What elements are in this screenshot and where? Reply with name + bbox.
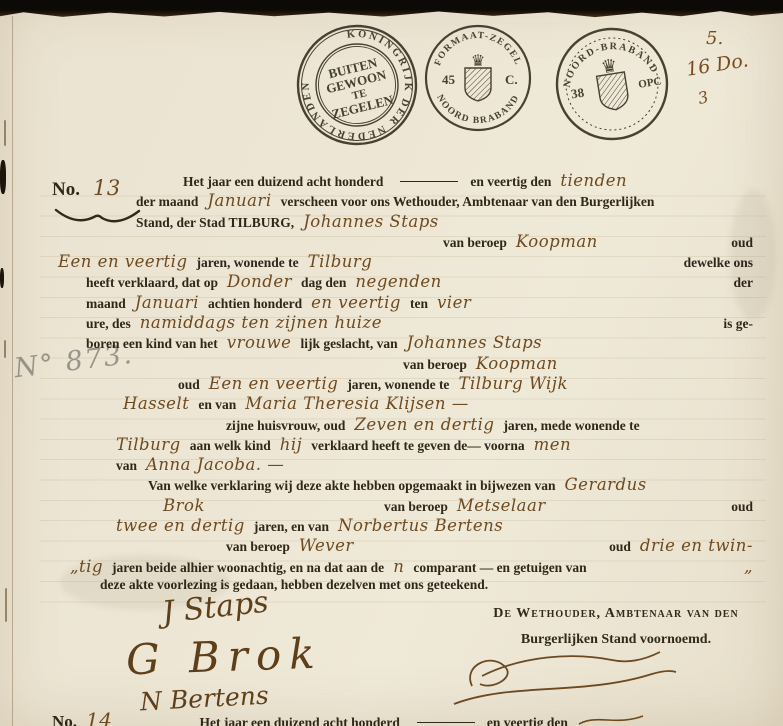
handwritten-text: negenden (355, 272, 441, 291)
blank-dash (400, 181, 458, 182)
printed-text: der (734, 275, 754, 291)
handwritten-text: Koopman (516, 232, 598, 251)
printed-text: verklaard heeft te geven de— voorna (311, 438, 524, 454)
record-line: boren een kind van hetvrouwelijk geslach… (48, 333, 762, 353)
edge-nick (0, 160, 6, 194)
record-line: van beroepKoopman (48, 354, 762, 374)
handwritten-text: Zeven en dertig (354, 415, 494, 434)
printed-text: comparant — en getuigen van (413, 560, 586, 576)
printed-text: verscheen voor ons Wethouder, Ambtenaar … (281, 194, 655, 210)
record-line: Een en veertigjaren, wonende teTilburgde… (48, 252, 762, 272)
handwritten-text: Een en veertig (209, 374, 339, 393)
paper-crease-mark (4, 120, 6, 146)
handwritten-text: tienden (560, 171, 627, 190)
handwritten-text: en veertig (311, 293, 401, 312)
printed-text: Het jaar een duizend acht honderd (199, 715, 399, 726)
stamp-noordbraband: NOORD-BRABAND 38 OPC ♛ (546, 18, 679, 151)
handwritten-text: Wever (299, 536, 354, 555)
record-line: twee en dertigjaren, en vanNorbertus Ber… (48, 516, 762, 536)
stamp-formaatzegel: FORMAAT-ZEGEL NOORD BRABAND 45 C. ♛ (424, 24, 532, 132)
record-line: „tigjaren beide alhier woonachtig, en na… (48, 557, 762, 577)
printed-text: ten (410, 296, 428, 312)
record-line: van beroepWeverouddrie en twin- (48, 536, 762, 556)
printed-text: is ge- (723, 316, 753, 332)
printed-text: Stand, der Stad TILBURG, (136, 215, 294, 231)
printed-text: oud (731, 235, 753, 251)
handwritten-text: Anna Jacoba. — (146, 455, 284, 474)
stamp-shield-icon (597, 72, 630, 112)
record-line: Stand, der Stad TILBURG,Johannes Staps (48, 212, 762, 232)
printed-text: en van (198, 397, 236, 413)
handwritten-text: Tilburg (308, 252, 373, 271)
handwriting-partial-flourish (577, 712, 647, 726)
handwritten-text: „ (744, 557, 753, 576)
record-line: Van welke verklaring wij deze akte hebbe… (48, 475, 762, 495)
record-line: Hasselten vanMaria Theresia Klijsen — (48, 394, 762, 414)
printed-text: boren een kind van het (86, 336, 218, 352)
printed-text: oud (731, 499, 753, 515)
record-line: deze akte voorlezing is gedaan, hebben d… (48, 577, 762, 597)
printed-text: van beroep (443, 235, 507, 251)
printed-text: en veertig den (470, 174, 551, 190)
paper-crease-line (12, 16, 13, 726)
next-record-start: No. 14 Het jaar een duizend acht honderd… (52, 708, 647, 726)
handwritten-text: Metselaar (457, 496, 546, 515)
printed-text: van beroep (384, 499, 448, 515)
record-line: heeft verklaard, dat opDonderdag dennege… (48, 272, 762, 292)
handwritten-text: Brok (163, 496, 205, 515)
record-line: ure, desnamiddags ten zijnen huizeis ge- (48, 313, 762, 333)
record-line: Het jaar een duizend acht honderden veer… (48, 171, 762, 191)
handwritten-text: hij (280, 435, 303, 454)
printed-text: jaren, en van (254, 519, 329, 535)
paper-crease-mark (4, 340, 6, 358)
record-number-label: No. (52, 712, 77, 726)
stamp-shield-icon (465, 68, 491, 101)
handwritten-text: Januari (207, 191, 271, 210)
handwritten-text: Donder (227, 272, 292, 291)
printed-text: oud (178, 377, 200, 393)
handwritten-text: Januari (135, 293, 199, 312)
printed-text: oud (609, 539, 631, 555)
record-line: van beroepKoopmanoud (48, 232, 762, 252)
stamp-buitengewoon-te-zegelen: KONINGRIJK DER NEDERLANDEN BUITEN GEWOON… (281, 9, 434, 162)
handwritten-text: twee en dertig (116, 516, 245, 535)
record-line: der maandJanuariverscheen voor ons Wetho… (48, 191, 762, 211)
handwritten-text: Koopman (476, 354, 558, 373)
paper-crease-mark (5, 588, 7, 622)
register-page: KONINGRIJK DER NEDERLANDEN BUITEN GEWOON… (0, 0, 783, 726)
record-line: Brokvan beroepMetselaaroud (48, 496, 762, 516)
handwritten-text: Norbertus Bertens (338, 516, 503, 535)
blank-dash (417, 722, 475, 723)
handwritten-note: 16 Do. (685, 49, 750, 81)
printed-text: jaren, wonende te (347, 377, 449, 393)
record-line: maandJanuariachtien honderden veertigten… (48, 293, 762, 313)
printed-text: ure, des (86, 316, 131, 332)
printed-text: jaren, wonende te (197, 255, 299, 271)
printed-text: lijk geslacht, van (300, 336, 397, 352)
handwritten-text: vier (437, 293, 471, 312)
handwritten-text: „tig (70, 557, 103, 576)
signature-witness: G Brok (125, 629, 323, 685)
handwritten-text: Tilburg Wijk (458, 374, 568, 393)
handwritten-text: Gerardus (565, 475, 647, 494)
handwritten-text: vrouwe (227, 333, 292, 352)
stamp-denomination-unit: C. (505, 72, 518, 87)
handwritten-text: Hasselt (123, 394, 189, 413)
record-number-value: 14 (86, 708, 112, 726)
handwritten-text: n (393, 557, 404, 576)
stamp-denomination: 38 (570, 85, 586, 102)
printed-text: jaren, mede wonende te (503, 418, 639, 434)
printed-text: maand (86, 296, 126, 312)
printed-text: Van welke verklaring wij deze akte hebbe… (148, 478, 556, 494)
printed-text: heeft verklaard, dat op (86, 275, 218, 291)
printed-text: der maand (136, 194, 198, 210)
edge-nick (0, 268, 4, 288)
record-line: vanAnna Jacoba. — (48, 455, 762, 475)
printed-text: van beroep (226, 539, 290, 555)
printed-text: jaren beide alhier woonachtig, en na dat… (112, 560, 384, 576)
stamp-denomination: 45 (442, 72, 456, 87)
signature-wethouder-flourish (452, 642, 682, 712)
printed-text: en veertig den (487, 715, 568, 726)
record-body: Het jaar een duizend acht honderden veer… (48, 171, 762, 597)
handwritten-text: Johannes Staps (407, 333, 543, 352)
handwritten-folio-number: 5. (706, 28, 723, 49)
record-line: oudEen en veertigjaren, wonende teTilbur… (48, 374, 762, 394)
printed-text: zijne huisvrouw, oud (226, 418, 345, 434)
handwritten-text: Johannes Staps (303, 212, 439, 231)
printed-text: achtien honderd (208, 296, 302, 312)
printed-text: deze akte voorlezing is gedaan, hebben d… (100, 577, 488, 593)
handwritten-text: namiddags ten zijnen huize (140, 313, 382, 332)
record-line: Tilburgaan welk kindhijverklaard heeft t… (48, 435, 762, 455)
official-title-line1: De Wethouder, Ambtenaar van den (468, 601, 764, 627)
handwritten-text: drie en twin- (640, 536, 753, 555)
handwritten-text: Tilburg (116, 435, 181, 454)
record-line: zijne huisvrouw, oudZeven en dertigjaren… (48, 415, 762, 435)
printed-text: Het jaar een duizend acht honderd (183, 174, 383, 190)
printed-text: van (116, 458, 137, 474)
handwritten-text: men (534, 435, 572, 454)
printed-text: aan welk kind (190, 438, 271, 454)
stamp-denomination-unit: OPC (638, 75, 663, 90)
handwritten-note: 3 (696, 87, 710, 108)
printed-text: van beroep (403, 357, 467, 373)
handwritten-text: Maria Theresia Klijsen — (245, 394, 468, 413)
handwritten-text: Een en veertig (58, 252, 188, 271)
printed-text: dewelke ons (684, 255, 753, 271)
printed-text: dag den (301, 275, 346, 291)
